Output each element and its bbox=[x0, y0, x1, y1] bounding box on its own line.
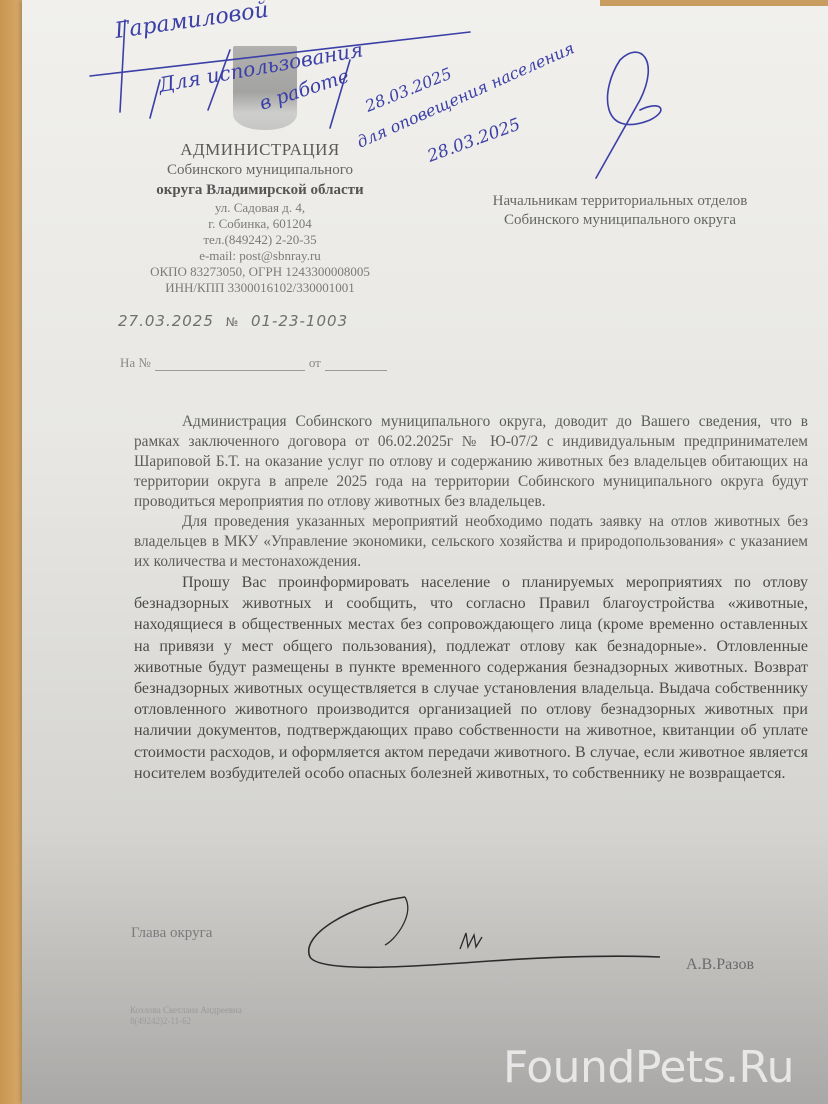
registration-line: 27.03.2025 № 01-23-1003 bbox=[118, 312, 418, 330]
letter-body: Администрация Собинского муниципального … bbox=[134, 412, 808, 784]
body-paragraph-2: Для проведения указанных мероприятий нео… bbox=[134, 512, 808, 572]
body-paragraph-3: Прошу Вас проинформировать население о п… bbox=[134, 572, 808, 784]
reference-label: На № bbox=[120, 355, 151, 371]
signer-position: Глава округа bbox=[131, 925, 212, 942]
letterhead-email: e-mail: post@sbnray.ru bbox=[105, 248, 415, 264]
executor-phone: 8(49242)2-11-62 bbox=[130, 1016, 242, 1027]
registration-date: 27.03.2025 bbox=[118, 312, 214, 330]
watermark: FoundPets.Ru bbox=[503, 1042, 794, 1093]
reference-from-label: от bbox=[309, 355, 321, 371]
signer-name: А.В.Разов bbox=[686, 956, 754, 974]
letterhead-inn-kpp: ИНН/КПП 3300016102/330001001 bbox=[105, 280, 415, 296]
letterhead-phone: тел.(849242) 2-20-35 bbox=[105, 232, 415, 248]
reference-date-blank bbox=[325, 358, 387, 371]
letterhead-okpo-ogrn: ОКПО 83273050, ОГРН 1243300008005 bbox=[105, 264, 415, 280]
body-paragraph-1: Администрация Собинского муниципального … bbox=[134, 412, 808, 512]
reference-line: На № от bbox=[120, 355, 387, 371]
addressee-line2: Собинского муниципального округа bbox=[430, 211, 810, 230]
handwritten-line1: Гарамиловой bbox=[112, 0, 270, 44]
handwritten-resolution: Гарамиловой Для использования в работе 2… bbox=[0, 0, 828, 200]
executor-name: Козлова Светлана Андреевна bbox=[130, 1005, 242, 1016]
registration-number-label: № bbox=[226, 315, 239, 329]
registration-number: 01-23-1003 bbox=[251, 312, 348, 330]
signature-icon bbox=[290, 895, 670, 975]
letterhead-address1: ул. Садовая д. 4, bbox=[105, 200, 415, 216]
executor-info: Козлова Светлана Андреевна 8(49242)2-11-… bbox=[130, 1005, 242, 1027]
handwritten-line6: 28.03.2025 bbox=[424, 115, 523, 167]
reference-number-blank bbox=[155, 358, 305, 371]
letterhead-address2: г. Собинка, 601204 bbox=[105, 216, 415, 232]
